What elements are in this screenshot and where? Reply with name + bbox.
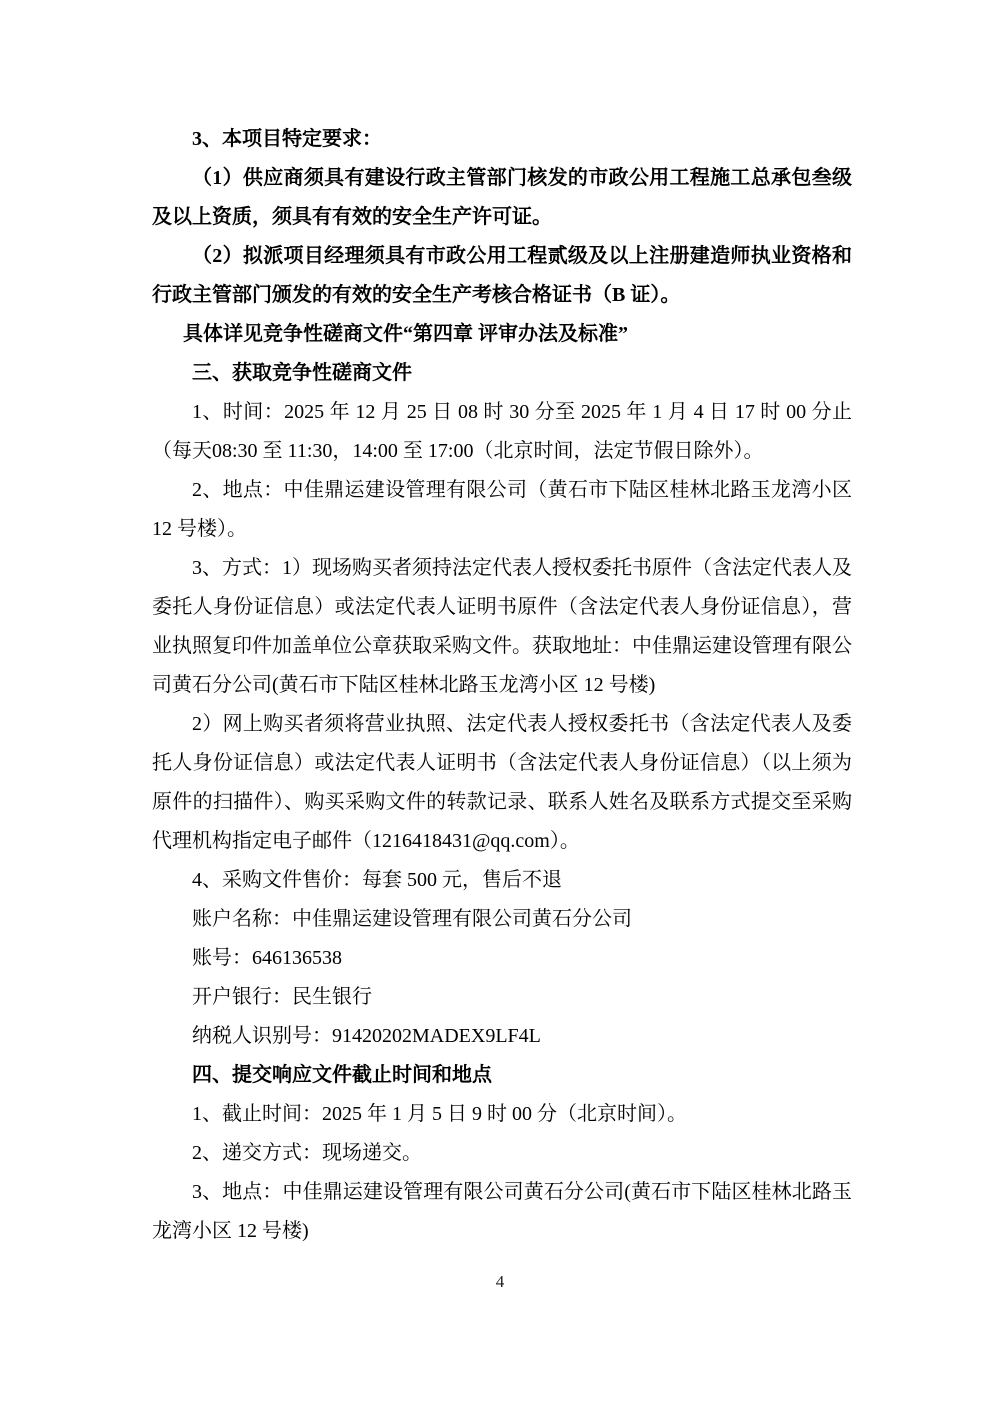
section3-heading: 3、本项目特定要求： bbox=[152, 120, 852, 159]
obtain-place-line-2: 12 号楼）。 bbox=[152, 510, 852, 549]
obtain-method-online-line-2: 托人身份证信息）或法定代表人证明书（含法定代表人身份证信息）（以上须为 bbox=[152, 744, 852, 783]
requirement-2-line-2: 行政主管部门颁发的有效的安全生产考核合格证书（B 证）。 bbox=[152, 276, 852, 315]
document-page: 3、本项目特定要求： （1）供应商须具有建设行政主管部门核发的市政公用工程施工总… bbox=[0, 0, 1000, 1414]
obtain-method-onsite-line-1: 3、方式：1）现场购买者须持法定代表人授权委托书原件（含法定代表人及 bbox=[152, 549, 852, 588]
submit-place-line-1: 3、地点：中佳鼎运建设管理有限公司黄石分公司(黄石市下陆区桂林北路玉 bbox=[152, 1173, 852, 1212]
obtain-time-line-2: （每天08:30 至 11:30，14:00 至 17:00（北京时间，法定节假… bbox=[152, 432, 852, 471]
document-price-line: 4、采购文件售价：每套 500 元，售后不退 bbox=[152, 861, 852, 900]
requirement-2-line-1: （2）拟派项目经理须具有市政公用工程贰级及以上注册建造师执业资格和 bbox=[152, 237, 852, 276]
tax-id-line: 纳税人识别号：91420202MADEX9LF4L bbox=[152, 1017, 852, 1056]
evaluation-reference-note: 具体详见竞争性磋商文件“第四章 评审办法及标准” bbox=[152, 315, 852, 354]
obtain-method-onsite-line-4: 司黄石分公司(黄石市下陆区桂林北路玉龙湾小区 12 号楼) bbox=[152, 666, 852, 705]
obtain-time-line-1: 1、时间：2025 年 12 月 25 日 08 时 30 分至 2025 年 … bbox=[152, 393, 852, 432]
obtain-method-onsite-line-3: 业执照复印件加盖单位公章获取采购文件。获取地址：中佳鼎运建设管理有限公 bbox=[152, 627, 852, 666]
obtain-method-online-line-1: 2）网上购买者须将营业执照、法定代表人授权委托书（含法定代表人及委 bbox=[152, 705, 852, 744]
submit-deadline-line: 1、截止时间：2025 年 1 月 5 日 9 时 00 分（北京时间）。 bbox=[152, 1095, 852, 1134]
requirement-1-line-1: （1）供应商须具有建设行政主管部门核发的市政公用工程施工总承包叁级 bbox=[152, 159, 852, 198]
obtain-method-online-line-3: 原件的扫描件）、购买采购文件的转款记录、联系人姓名及联系方式提交至采购 bbox=[152, 783, 852, 822]
obtain-method-online-line-4: 代理机构指定电子邮件（1216418431@qq.com）。 bbox=[152, 822, 852, 861]
obtain-place-line-1: 2、地点：中佳鼎运建设管理有限公司（黄石市下陆区桂林北路玉龙湾小区 bbox=[152, 471, 852, 510]
bank-line: 开户银行：民生银行 bbox=[152, 978, 852, 1017]
document-body: 3、本项目特定要求： （1）供应商须具有建设行政主管部门核发的市政公用工程施工总… bbox=[152, 120, 852, 1251]
account-name-line: 账户名称：中佳鼎运建设管理有限公司黄石分公司 bbox=[152, 900, 852, 939]
account-number-line: 账号：646136538 bbox=[152, 939, 852, 978]
section-obtain-heading: 三、获取竞争性磋商文件 bbox=[152, 354, 852, 393]
page-number: 4 bbox=[0, 1270, 1000, 1294]
requirement-1-line-2: 及以上资质，须具有有效的安全生产许可证。 bbox=[152, 198, 852, 237]
section-submit-heading: 四、提交响应文件截止时间和地点 bbox=[152, 1056, 852, 1095]
submit-delivery-line: 2、递交方式：现场递交。 bbox=[152, 1134, 852, 1173]
obtain-method-onsite-line-2: 委托人身份证信息）或法定代表人证明书原件（含法定代表人身份证信息），营 bbox=[152, 588, 852, 627]
submit-place-line-2: 龙湾小区 12 号楼) bbox=[152, 1212, 852, 1251]
